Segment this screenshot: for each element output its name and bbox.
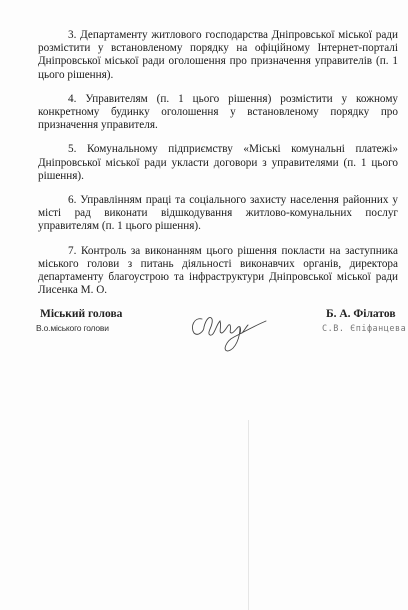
paragraph-6: 6. Управлінням праці та соціального захи… [38,194,398,234]
document-page: 3. Департаменту житлового господарства Д… [0,0,408,610]
paragraph-7: 7. Контроль за виконанням цього рішення … [38,245,398,298]
scan-fold-line [248,420,249,610]
handwritten-signature-icon [188,305,268,360]
paragraph-5: 5. Комунальному підприємству «Міські ком… [38,143,398,183]
signatory-title: Міський голова [40,308,122,320]
signatory-name: Б. А. Філатов [326,308,396,320]
paragraph-4: 4. Управителям (п. 1 цього рішення) розм… [38,93,398,133]
acting-title-stamp: В.о.міського голови [36,323,109,333]
paragraph-3: 3. Департаменту житлового господарства Д… [38,29,398,82]
decision-body: 3. Департаменту житлового господарства Д… [38,29,398,308]
acting-name-stamp: С.В. Єпіфанцева [322,324,406,334]
